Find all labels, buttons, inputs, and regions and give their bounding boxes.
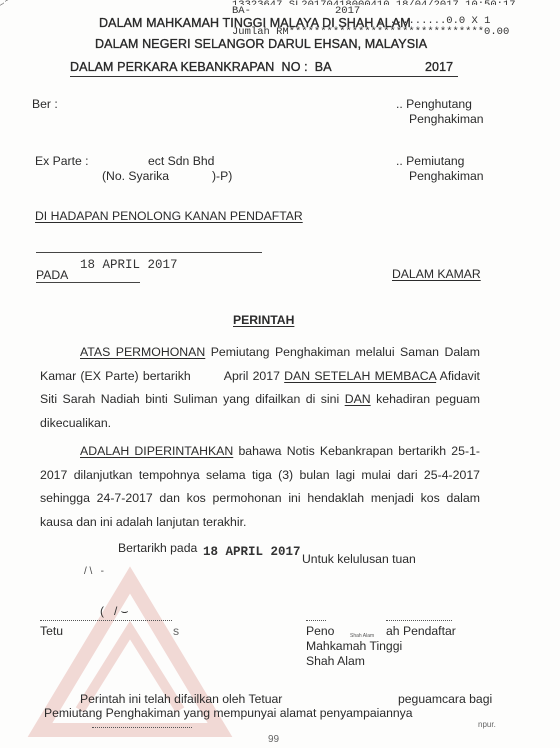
hearing-date-stamp: 18 APRIL 2017 xyxy=(80,258,178,272)
before-registrar-heading: DI HADAPAN PENOLONG KANAN PENDAFTAR xyxy=(35,209,303,223)
right-signatory-location: Shah Alam xyxy=(306,654,365,668)
corner-stamp-mark: ~~~~ xyxy=(0,0,37,33)
dated-date-stamp: 18 APRIL 2017 xyxy=(203,545,301,559)
approval-note: Untuk kelulusan tuan xyxy=(302,552,416,566)
order-paragraph-2: ADALAH DIPERINTAHKAN bahawa Notis Kebank… xyxy=(40,440,480,534)
right-signatory-suffix: ah Pendaftar xyxy=(386,624,456,638)
order-paragraph-1: ATAS PERMOHONAN Pemiutang Penghakiman me… xyxy=(40,341,480,435)
case-year: 2017 xyxy=(425,60,453,74)
debtor-role-line2: Penghakiman xyxy=(409,112,484,126)
case-number-heading: DALAM PERKARA KEBANKRAPAN NO : BA xyxy=(70,60,332,74)
left-signature-line xyxy=(40,620,172,621)
court-name-heading: DALAM MAHKAMAH TINGGI MALAYA DI SHAH ALA… xyxy=(99,16,411,30)
creditor-label: Ex Parte : xyxy=(35,154,89,168)
on-date-label: PADA xyxy=(36,268,68,282)
judge-name-line xyxy=(36,252,262,253)
chambers-label: DALAM KAMAR xyxy=(392,267,481,281)
footer-solicitor-role: peguamcara bagi xyxy=(398,692,492,706)
footer-address-tail: npur. xyxy=(478,720,496,729)
signature-scribble-mark: / \ - xyxy=(84,566,104,577)
right-signature-line-b xyxy=(386,620,452,621)
creditor-role-line2: Penghakiman xyxy=(409,169,484,183)
creditor-reg-suffix: )-P) xyxy=(212,169,232,183)
dated-label: Bertarikh pada xyxy=(118,541,197,555)
debtor-role-line1: .. Penghutang xyxy=(396,97,472,111)
footer-postcode-fragment: 99 xyxy=(268,734,279,745)
left-signatory-suffix: s xyxy=(173,624,179,638)
creditor-reg-prefix: (No. Syarika xyxy=(102,169,169,183)
order-title: PERINTAH xyxy=(233,313,294,327)
footer-address-line xyxy=(92,727,192,728)
signature-scribble: ( / ⌣ xyxy=(100,604,129,619)
creditor-name: ect Sdn Bhd xyxy=(148,154,214,168)
right-signatory-court: Mahkamah Tinggi xyxy=(306,639,402,653)
left-signatory-prefix: Tetu xyxy=(40,624,63,638)
state-heading: DALAM NEGERI SELANGOR DARUL EHSAN, MALAY… xyxy=(95,37,427,51)
footer-filed-by: Perintah ini telah difailkan oleh Tetuar xyxy=(80,692,282,706)
case-number-underline xyxy=(70,76,458,77)
right-signature-line-a xyxy=(306,620,326,621)
debtor-label: Ber : xyxy=(32,97,58,111)
footer-address-intro: Pemiutang Penghakiman yang mempunyai ala… xyxy=(44,706,413,720)
receipt-line-1-clipped: 13323647 SL20170418000410 18/04/2017 10:… xyxy=(232,0,516,5)
creditor-role-line1: .. Pemiutang xyxy=(396,154,464,168)
right-signatory-prefix: Peno xyxy=(306,624,334,638)
court-order-document: ~~~~ 13323647 SL20170418000410 18/04/201… xyxy=(0,0,560,748)
on-date-underline xyxy=(36,282,140,283)
